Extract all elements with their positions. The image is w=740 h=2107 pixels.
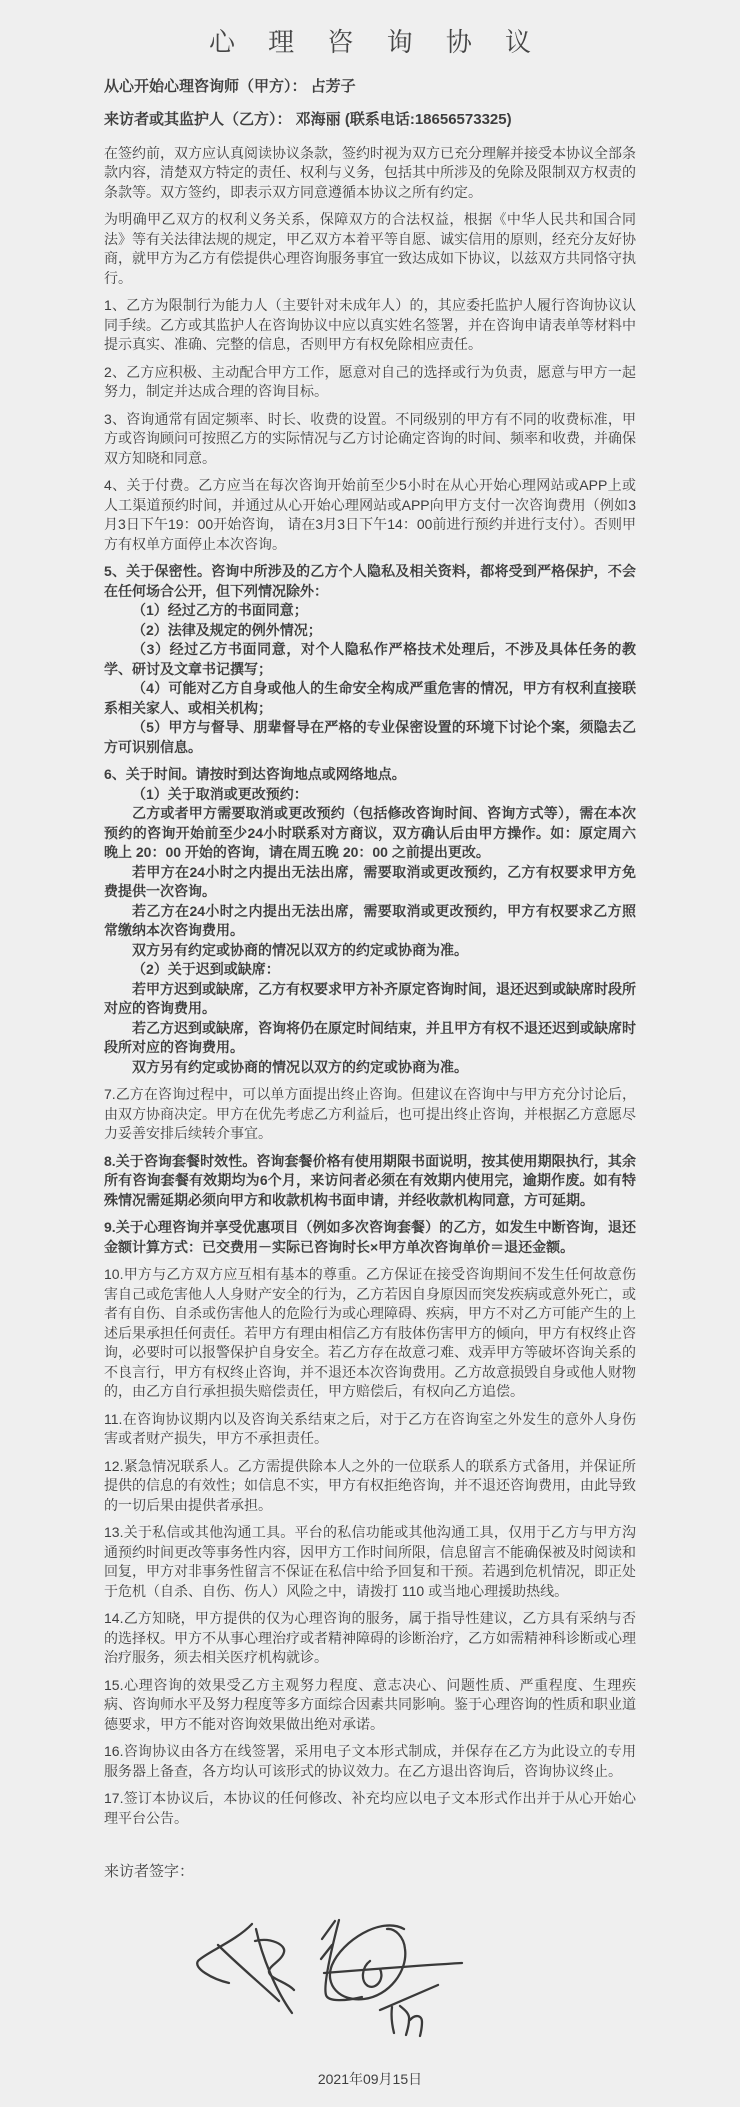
clause-5-subitem-5: （5）甲方与督导、朋辈督导在严格的专业保密设置的环境下讨论个案，须隐去乙方可识别… [104,718,636,757]
clause-16: 16.咨询协议由各方在线签署，采用电子文本形式制成，并保存在乙方为此设立的专用服… [104,1742,636,1781]
clause-5-text: 5、关于保密性。咨询中所涉及的乙方个人隐私及相关资料，都将受到严格保护，不会在任… [104,562,636,601]
clause-6-subitem-8: 若乙方迟到或缺席，咨询将仍在原定时间结束，并且甲方有权不退还迟到或缺席时段所对应… [104,1019,636,1058]
clause-3: 3、咨询通常有固定频率、时长、收费的设置。不同级别的甲方有不同的收费标准，甲方或… [104,410,636,469]
visitor-signature [174,1889,474,2049]
clause-6-subitem-3: 若甲方在24小时之内提出无法出席，需要取消或更改预约，乙方有权要求甲方免费提供一… [104,863,636,902]
clause-13: 13.关于私信或其他沟通工具。平台的私信功能或其他沟通工具，仅用于乙方与甲方沟通… [104,1523,636,1601]
clause-5-subitem-3: （3）经过乙方书面同意，对个人隐私作严格技术处理后，不涉及具体任务的教学、研讨及… [104,640,636,679]
clause-10: 10.甲方与乙方双方应互相有基本的尊重。乙方保证在接受咨询期间不发生任何故意伤害… [104,1265,636,1402]
clause-6: 6、关于时间。请按时到达咨询地点或网络地点。 （1）关于取消或更改预约： 乙方或… [104,765,636,1077]
clause-5-subitem-1: （1）经过乙方的书面同意； [104,601,636,621]
counselor-party-line: 从心开始心理咨询师（甲方）： 占芳子 [104,77,636,97]
clause-12: 12.紧急情况联系人。乙方需提供除本人之外的一位联系人的联系方式备用，并保证所提… [104,1457,636,1516]
clause-2: 2、乙方应积极、主动配合甲方工作，愿意对自己的选择或行为负责，愿意与甲方一起努力… [104,363,636,402]
clause-6-subitem-4: 若乙方在24小时之内提出无法出席，需要取消或更改预约，甲方有权要求乙方照常缴纳本… [104,902,636,941]
visitor-party-line: 来访者或其监护人（乙方）： 邓海丽 (联系电话:18656573325) [104,110,636,130]
clause-6-subitem-7: 若甲方迟到或缺席，乙方有权要求甲方补齐原定咨询时间，退还迟到或缺席时段所对应的咨… [104,980,636,1019]
clause-9: 9.关于心理咨询并享受优惠项目（例如多次咨询套餐）的乙方，如发生中断咨询，退还金… [104,1218,636,1257]
preamble-2: 为明确甲乙双方的权利义务关系，保障双方的合法权益，根据《中华人民共和国合同法》等… [104,210,636,288]
clause-5: 5、关于保密性。咨询中所涉及的乙方个人隐私及相关资料，都将受到严格保护，不会在任… [104,562,636,757]
clause-6-subitem-1: （1）关于取消或更改预约： [104,785,636,805]
clause-17: 17.签订本协议后，本协议的任何修改、补充均应以电子文本形式作出并于从心开始心理… [104,1789,636,1828]
clause-15: 15.心理咨询的效果受乙方主观努力程度、意志决心、问题性质、严重程度、生理疾病、… [104,1676,636,1735]
clause-8: 8.关于咨询套餐时效性。咨询套餐价格有使用期限书面说明，按其使用期限执行，其余所… [104,1152,636,1211]
visitor-signature-label: 来访者签字： [104,1860,636,1881]
clause-6-subitem-9: 双方另有约定或协商的情况以双方的约定或协商为准。 [104,1058,636,1078]
clause-7: 7.乙方在咨询过程中，可以单方面提出终止咨询。但建议在咨询中与甲方充分讨论后，由… [104,1085,636,1144]
clause-6-subitem-2: 乙方或者甲方需要取消或更改预约（包括修改咨询时间、咨询方式等），需在本次预约的咨… [104,804,636,863]
clause-1: 1、乙方为限制行为能力人（主要针对未成年人）的，其应委托监护人履行咨询协议认同手… [104,296,636,355]
clause-6-text: 6、关于时间。请按时到达咨询地点或网络地点。 [104,765,636,785]
clause-5-subitem-2: （2）法律及规定的例外情况； [104,621,636,641]
clause-6-subitem-6: （2）关于迟到或缺席： [104,960,636,980]
page-title: 心 理 咨 询 协 议 [104,22,636,59]
clause-6-subitem-5: 双方另有约定或协商的情况以双方的约定或协商为准。 [104,941,636,961]
clause-4: 4、关于付费。乙方应当在每次咨询开始前至少5小时在从心开始心理网站或APP上或人… [104,476,636,554]
preamble-1: 在签约前，双方应认真阅读协议条款，签约时视为双方已充分理解并接受本协议全部条款内… [104,144,636,203]
clause-14: 14.乙方知晓，甲方提供的仅为心理咨询的服务，属于指导性建议，乙方具有采纳与否的… [104,1609,636,1668]
signature-date: 2021年09月15日 [104,2069,636,2089]
agreement-document: 心 理 咨 询 协 议 从心开始心理咨询师（甲方）： 占芳子 来访者或其监护人（… [0,0,740,2107]
clause-11: 11.在咨询协议期内以及咨询关系结束之后，对于乙方在咨询室之外发生的意外人身伤害… [104,1410,636,1449]
clause-5-subitem-4: （4）可能对乙方自身或他人的生命安全构成严重危害的情况，甲方有权利直接联系相关家… [104,679,636,718]
